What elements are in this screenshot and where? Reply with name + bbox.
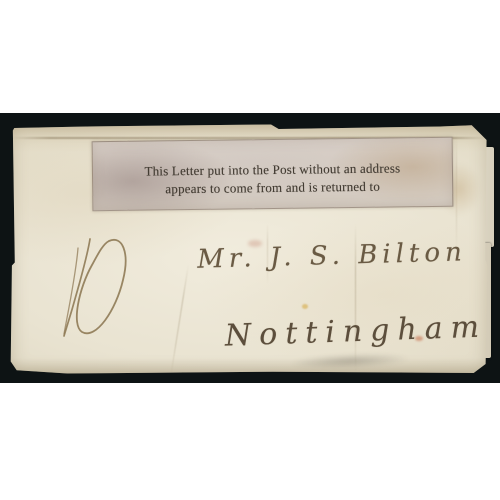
auction-photo-page: This Letter put into the Post without an… xyxy=(0,0,500,500)
diagonal-crease xyxy=(170,264,189,378)
handwritten-city: Nottingham xyxy=(217,309,494,354)
yellow-spot xyxy=(302,304,308,309)
letter-sheet: This Letter put into the Post without an… xyxy=(10,124,488,374)
instruction-label: This Letter put into the Post without an… xyxy=(92,137,454,211)
manuscript-rate-mark-10-icon xyxy=(54,232,134,344)
smudged-postmark xyxy=(265,348,436,373)
handwritten-addressee-name: Mr. J. S. Bilton xyxy=(182,237,483,275)
photo-backdrop: This Letter put into the Post without an… xyxy=(0,113,500,383)
